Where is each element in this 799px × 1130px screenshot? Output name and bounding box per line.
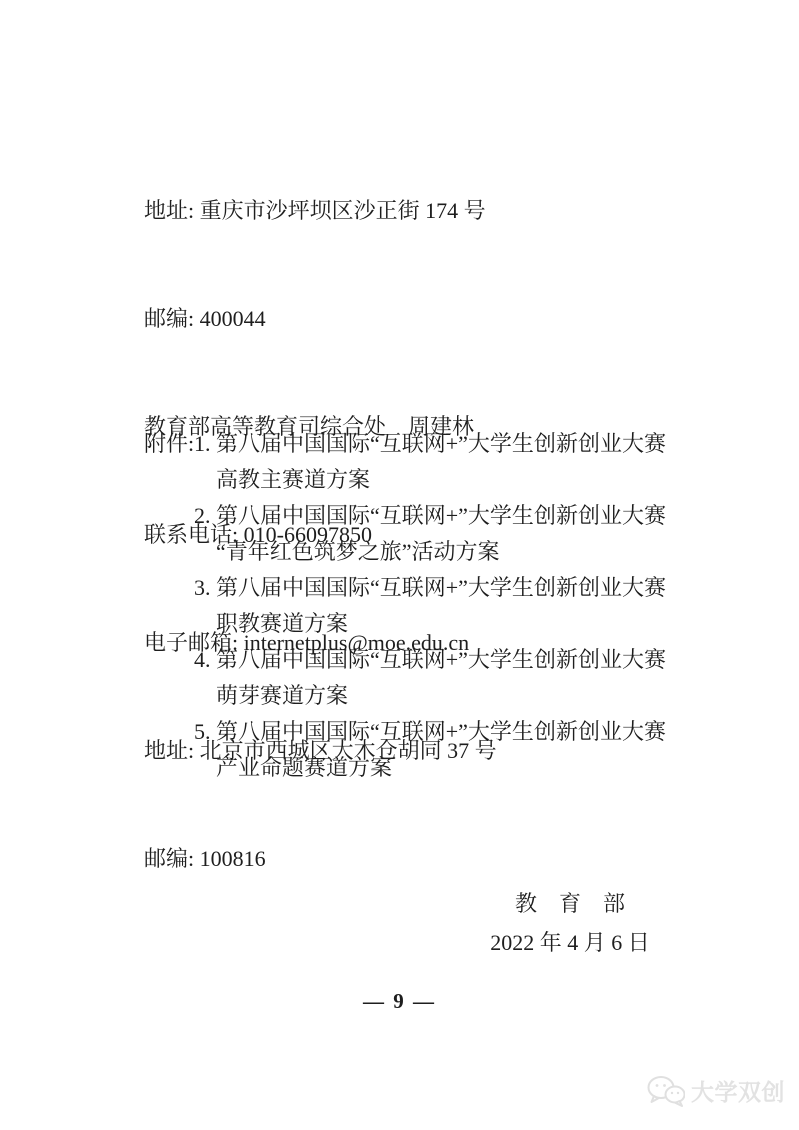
attachment-title: 第八届中国国际“互联网+”大学生创新创业大赛“青年红色筑梦之旅”活动方案	[216, 498, 666, 570]
attachment-number: 2.	[194, 498, 216, 534]
attachment-number: 5.	[194, 714, 216, 750]
attachments-label: 附件:	[144, 426, 194, 462]
contact-line-address-1: 地址: 重庆市沙坪坝区沙正街 174 号	[144, 193, 497, 229]
attachment-title: 第八届中国国际“互联网+”大学生创新创业大赛萌芽赛道方案	[216, 642, 666, 714]
attachment-title-line1: 第八届中国国际“互联网+”大学生创新创业大赛	[216, 431, 666, 456]
attachment-item: 5. 第八届中国国际“互联网+”大学生创新创业大赛产业命题赛道方案	[194, 714, 666, 786]
contact-line-postcode-2: 邮编: 100816	[144, 841, 497, 877]
wechat-icon	[647, 1075, 685, 1107]
signature-block: 教 育 部 2022 年 4 月 6 日	[420, 886, 720, 961]
attachment-title-line2: 萌芽赛道方案	[216, 683, 348, 708]
contact-line-postcode-1: 邮编: 400044	[144, 301, 497, 337]
attachment-title-line2: 高教主赛道方案	[216, 467, 370, 492]
page-number: — 9 —	[0, 988, 799, 1014]
attachment-item: 1. 第八届中国国际“互联网+”大学生创新创业大赛高教主赛道方案	[194, 426, 666, 498]
attachment-number: 3.	[194, 570, 216, 606]
attachment-title: 第八届中国国际“互联网+”大学生创新创业大赛高教主赛道方案	[216, 426, 666, 498]
attachment-item: 2. 第八届中国国际“互联网+”大学生创新创业大赛“青年红色筑梦之旅”活动方案	[194, 498, 666, 570]
attachment-title-line1: 第八届中国国际“互联网+”大学生创新创业大赛	[216, 575, 666, 600]
attachment-item: 3. 第八届中国国际“互联网+”大学生创新创业大赛职教赛道方案	[194, 570, 666, 642]
attachment-title-line2: “青年红色筑梦之旅”活动方案	[216, 539, 500, 564]
signature-organization: 教 育 部	[420, 886, 720, 922]
watermark-text: 大学双创	[691, 1074, 785, 1107]
document-page: 地址: 重庆市沙坪坝区沙正街 174 号 邮编: 400044 教育部高等教育司…	[0, 0, 799, 1130]
attachment-title: 第八届中国国际“互联网+”大学生创新创业大赛职教赛道方案	[216, 570, 666, 642]
signature-date: 2022 年 4 月 6 日	[420, 925, 720, 961]
attachments-block: 附件: 1. 第八届中国国际“互联网+”大学生创新创业大赛高教主赛道方案 2. …	[144, 426, 666, 786]
attachment-item: 4. 第八届中国国际“互联网+”大学生创新创业大赛萌芽赛道方案	[194, 642, 666, 714]
attachment-title-line2: 产业命题赛道方案	[216, 755, 392, 780]
attachment-title-line1: 第八届中国国际“互联网+”大学生创新创业大赛	[216, 503, 666, 528]
attachment-number: 4.	[194, 642, 216, 678]
watermark: 大学双创	[647, 1074, 785, 1107]
attachment-title-line2: 职教赛道方案	[216, 611, 348, 636]
attachment-title-line1: 第八届中国国际“互联网+”大学生创新创业大赛	[216, 647, 666, 672]
attachment-number: 1.	[194, 426, 216, 462]
attachment-title: 第八届中国国际“互联网+”大学生创新创业大赛产业命题赛道方案	[216, 714, 666, 786]
attachment-title-line1: 第八届中国国际“互联网+”大学生创新创业大赛	[216, 719, 666, 744]
attachments-list: 1. 第八届中国国际“互联网+”大学生创新创业大赛高教主赛道方案 2. 第八届中…	[194, 426, 666, 786]
